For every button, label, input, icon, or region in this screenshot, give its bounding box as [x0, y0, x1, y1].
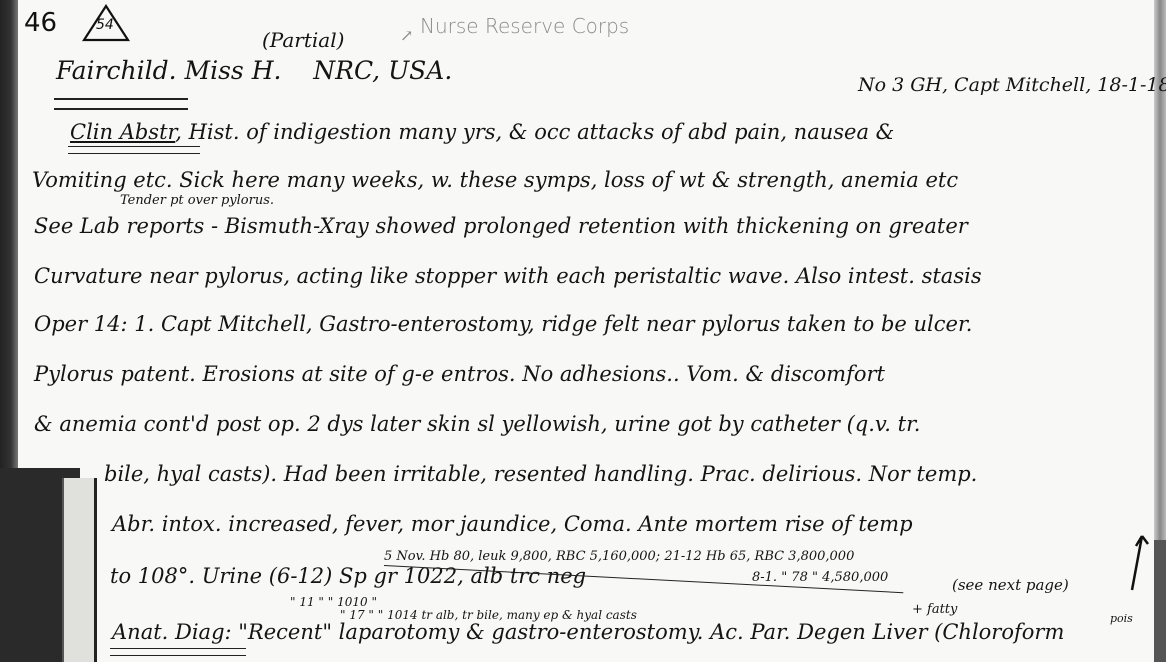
- text-line-6: Pylorus patent. Erosions at site of g-e …: [34, 362, 885, 386]
- text-line-8: bile, hyal casts). Had been irritable, r…: [104, 462, 977, 486]
- clin-abstr-label: Clin Abstr: [70, 120, 175, 144]
- up-arrow-icon: [1128, 532, 1152, 592]
- text-line-9: Abr. intox. increased, fever, mor jaundi…: [112, 512, 913, 536]
- text-line-3: See Lab reports - Bismuth-Xray showed pr…: [34, 214, 968, 238]
- pois-insert: pois: [1110, 612, 1133, 625]
- partial-note: (Partial): [262, 28, 344, 52]
- text-line-11: Anat. Diag: "Recent" laparotomy & gastro…: [112, 620, 1064, 644]
- text-line-2: Vomiting etc. Sick here many weeks, w. t…: [32, 168, 958, 192]
- clin-abstr-underline: [68, 146, 200, 154]
- text-line-10: to 108°. Urine (6-12) Sp gr 1022, alb tr…: [110, 564, 586, 588]
- pencil-arrow-icon: ↗: [400, 26, 413, 45]
- urine-row-2: " 11 " " 1010 ": [290, 595, 377, 609]
- text-line-1: Clin Abstr, Hist. of indigestion many yr…: [70, 120, 894, 144]
- pencil-annotation: Nurse Reserve Corps: [420, 14, 629, 38]
- hospital-reference: No 3 GH, Capt Mitchell, 18-1-18: [858, 74, 1166, 96]
- patient-name: Fairchild. Miss H.: [56, 56, 281, 85]
- text-line-5: Oper 14: 1. Capt Mitchell, Gastro-entero…: [34, 312, 972, 336]
- fatty-insert: + fatty: [912, 602, 957, 617]
- text-line-4: Curvature near pylorus, acting like stop…: [34, 264, 982, 288]
- affiliation: NRC, USA.: [313, 56, 452, 85]
- see-next-page: (see next page): [952, 576, 1069, 594]
- name-double-underline: [54, 98, 188, 110]
- lab-annotation-blood: 5 Nov. Hb 80, leuk 9,800, RBC 5,160,000;…: [384, 549, 854, 564]
- scanned-page: 46 54 (Partial) ↗ Nurse Reserve Corps Fa…: [0, 0, 1166, 662]
- page-number: 46: [24, 8, 57, 38]
- anat-diag-text: Anat. Diag: "Recent" laparotomy & gastro…: [112, 620, 1064, 644]
- anat-diag-underline: [110, 648, 246, 656]
- page-right-edge-shadow: [1154, 540, 1166, 662]
- patient-name-line: Fairchild. Miss H. NRC, USA.: [56, 56, 452, 85]
- lab-annotation-second: 8-1. " 78 " 4,580,000: [752, 570, 888, 585]
- triangle-number: 54: [96, 17, 114, 33]
- interlinear-note: Tender pt over pylorus.: [120, 193, 274, 208]
- text-line-7: & anemia cont'd post op. 2 dys later ski…: [34, 412, 920, 436]
- binder-strip: [62, 478, 97, 662]
